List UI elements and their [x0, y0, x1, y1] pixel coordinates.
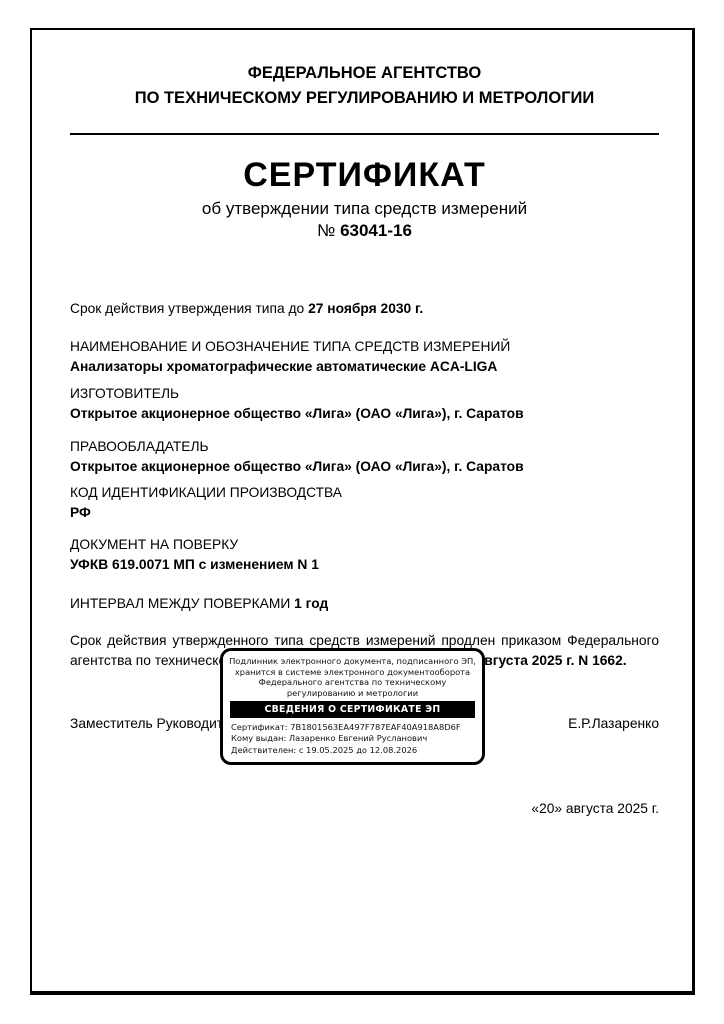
validity-line: Срок действия утверждения типа до 27 ноя… — [70, 299, 659, 319]
stamp-banner: СВЕДЕНИЯ О СЕРТИФИКАТЕ ЭП — [230, 701, 475, 718]
interval-label: ИНТЕРВАЛ МЕЖДУ ПОВЕРКАМИ — [70, 596, 294, 611]
certificate-number-prefix: № — [317, 221, 340, 240]
stamp-header-line: регулированию и метрологии — [223, 688, 482, 699]
section-type-designation: НАИМЕНОВАНИЕ И ОБОЗНАЧЕНИЕ ТИПА СРЕДСТВ … — [70, 337, 659, 377]
stamp-header-line: хранится в системе электронного документ… — [223, 667, 482, 678]
electronic-signature-stamp: Подлинник электронного документа, подпис… — [220, 648, 485, 765]
stamp-header-line: Подлинник электронного документа, подпис… — [223, 656, 482, 667]
certificate-number: № 63041-16 — [70, 220, 659, 242]
stamp-valid-label: Действителен: — [231, 745, 299, 755]
section-verification-document: ДОКУМЕНТ НА ПОВЕРКУ УФКВ 619.0071 МП с и… — [70, 535, 659, 575]
section-label: КОД ИДЕНТИФИКАЦИИ ПРОИЗВОДСТВА — [70, 483, 659, 503]
stamp-certificate-value: 7B1801563EA497F787EAF40A918A8D6F — [290, 722, 460, 732]
interval-value: 1 год — [294, 596, 328, 611]
stamp-valid-value: с 19.05.2025 до 12.08.2026 — [299, 745, 417, 755]
issue-date: «20» августа 2025 г. — [70, 800, 659, 818]
stamp-issued-to-label: Кому выдан: — [231, 733, 289, 743]
section-label: ИЗГОТОВИТЕЛЬ — [70, 384, 659, 404]
section-label: ПРАВООБЛАДАТЕЛЬ — [70, 437, 659, 457]
section-rightsholder: ПРАВООБЛАДАТЕЛЬ Открытое акционерное общ… — [70, 437, 659, 477]
document-title: СЕРТИФИКАТ — [70, 156, 659, 194]
section-value: Открытое акционерное общество «Лига» (ОА… — [70, 404, 659, 424]
validity-value: 27 ноября 2030 г. — [308, 301, 423, 316]
stamp-issued-to-line: Кому выдан: Лазаренко Евгений Русланович — [231, 733, 482, 744]
section-value: Открытое акционерное общество «Лига» (ОА… — [70, 457, 659, 477]
certificate-page: ФЕДЕРАЛЬНОЕ АГЕНТСТВО ПО ТЕХНИЧЕСКОМУ РЕ… — [30, 28, 695, 995]
section-label: НАИМЕНОВАНИЕ И ОБОЗНАЧЕНИЕ ТИПА СРЕДСТВ … — [70, 337, 659, 357]
agency-header: ФЕДЕРАЛЬНОЕ АГЕНТСТВО ПО ТЕХНИЧЕСКОМУ РЕ… — [70, 61, 659, 111]
stamp-fields: Сертификат: 7B1801563EA497F787EAF40A918A… — [223, 722, 482, 756]
agency-header-line1: ФЕДЕРАЛЬНОЕ АГЕНТСТВО — [70, 61, 659, 86]
header-divider — [70, 133, 659, 135]
validity-label: Срок действия утверждения типа до — [70, 301, 308, 316]
section-value: Анализаторы хроматографические автоматич… — [70, 357, 659, 377]
stamp-certificate-line: Сертификат: 7B1801563EA497F787EAF40A918A… — [231, 722, 482, 733]
signatory-name: Е.Р.Лазаренко — [568, 715, 659, 733]
stamp-certificate-label: Сертификат: — [231, 722, 290, 732]
section-value: РФ — [70, 503, 659, 523]
certificate-number-value: 63041-16 — [340, 221, 412, 240]
document-subtitle: об утверждении типа средств измерений — [70, 198, 659, 220]
stamp-header-line: Федерального агентства по техническому — [223, 677, 482, 688]
section-label: ДОКУМЕНТ НА ПОВЕРКУ — [70, 535, 659, 555]
stamp-valid-line: Действителен: с 19.05.2025 до 12.08.2026 — [231, 745, 482, 756]
agency-header-line2: ПО ТЕХНИЧЕСКОМУ РЕГУЛИРОВАНИЮ И МЕТРОЛОГ… — [70, 86, 659, 111]
section-manufacturer: ИЗГОТОВИТЕЛЬ Открытое акционерное общест… — [70, 384, 659, 424]
verification-interval-line: ИНТЕРВАЛ МЕЖДУ ПОВЕРКАМИ 1 год — [70, 594, 659, 614]
stamp-header: Подлинник электронного документа, подпис… — [223, 656, 482, 698]
section-value: УФКВ 619.0071 МП с изменением N 1 — [70, 555, 659, 575]
section-production-code: КОД ИДЕНТИФИКАЦИИ ПРОИЗВОДСТВА РФ — [70, 483, 659, 523]
stamp-issued-to-value: Лазаренко Евгений Русланович — [289, 733, 427, 743]
